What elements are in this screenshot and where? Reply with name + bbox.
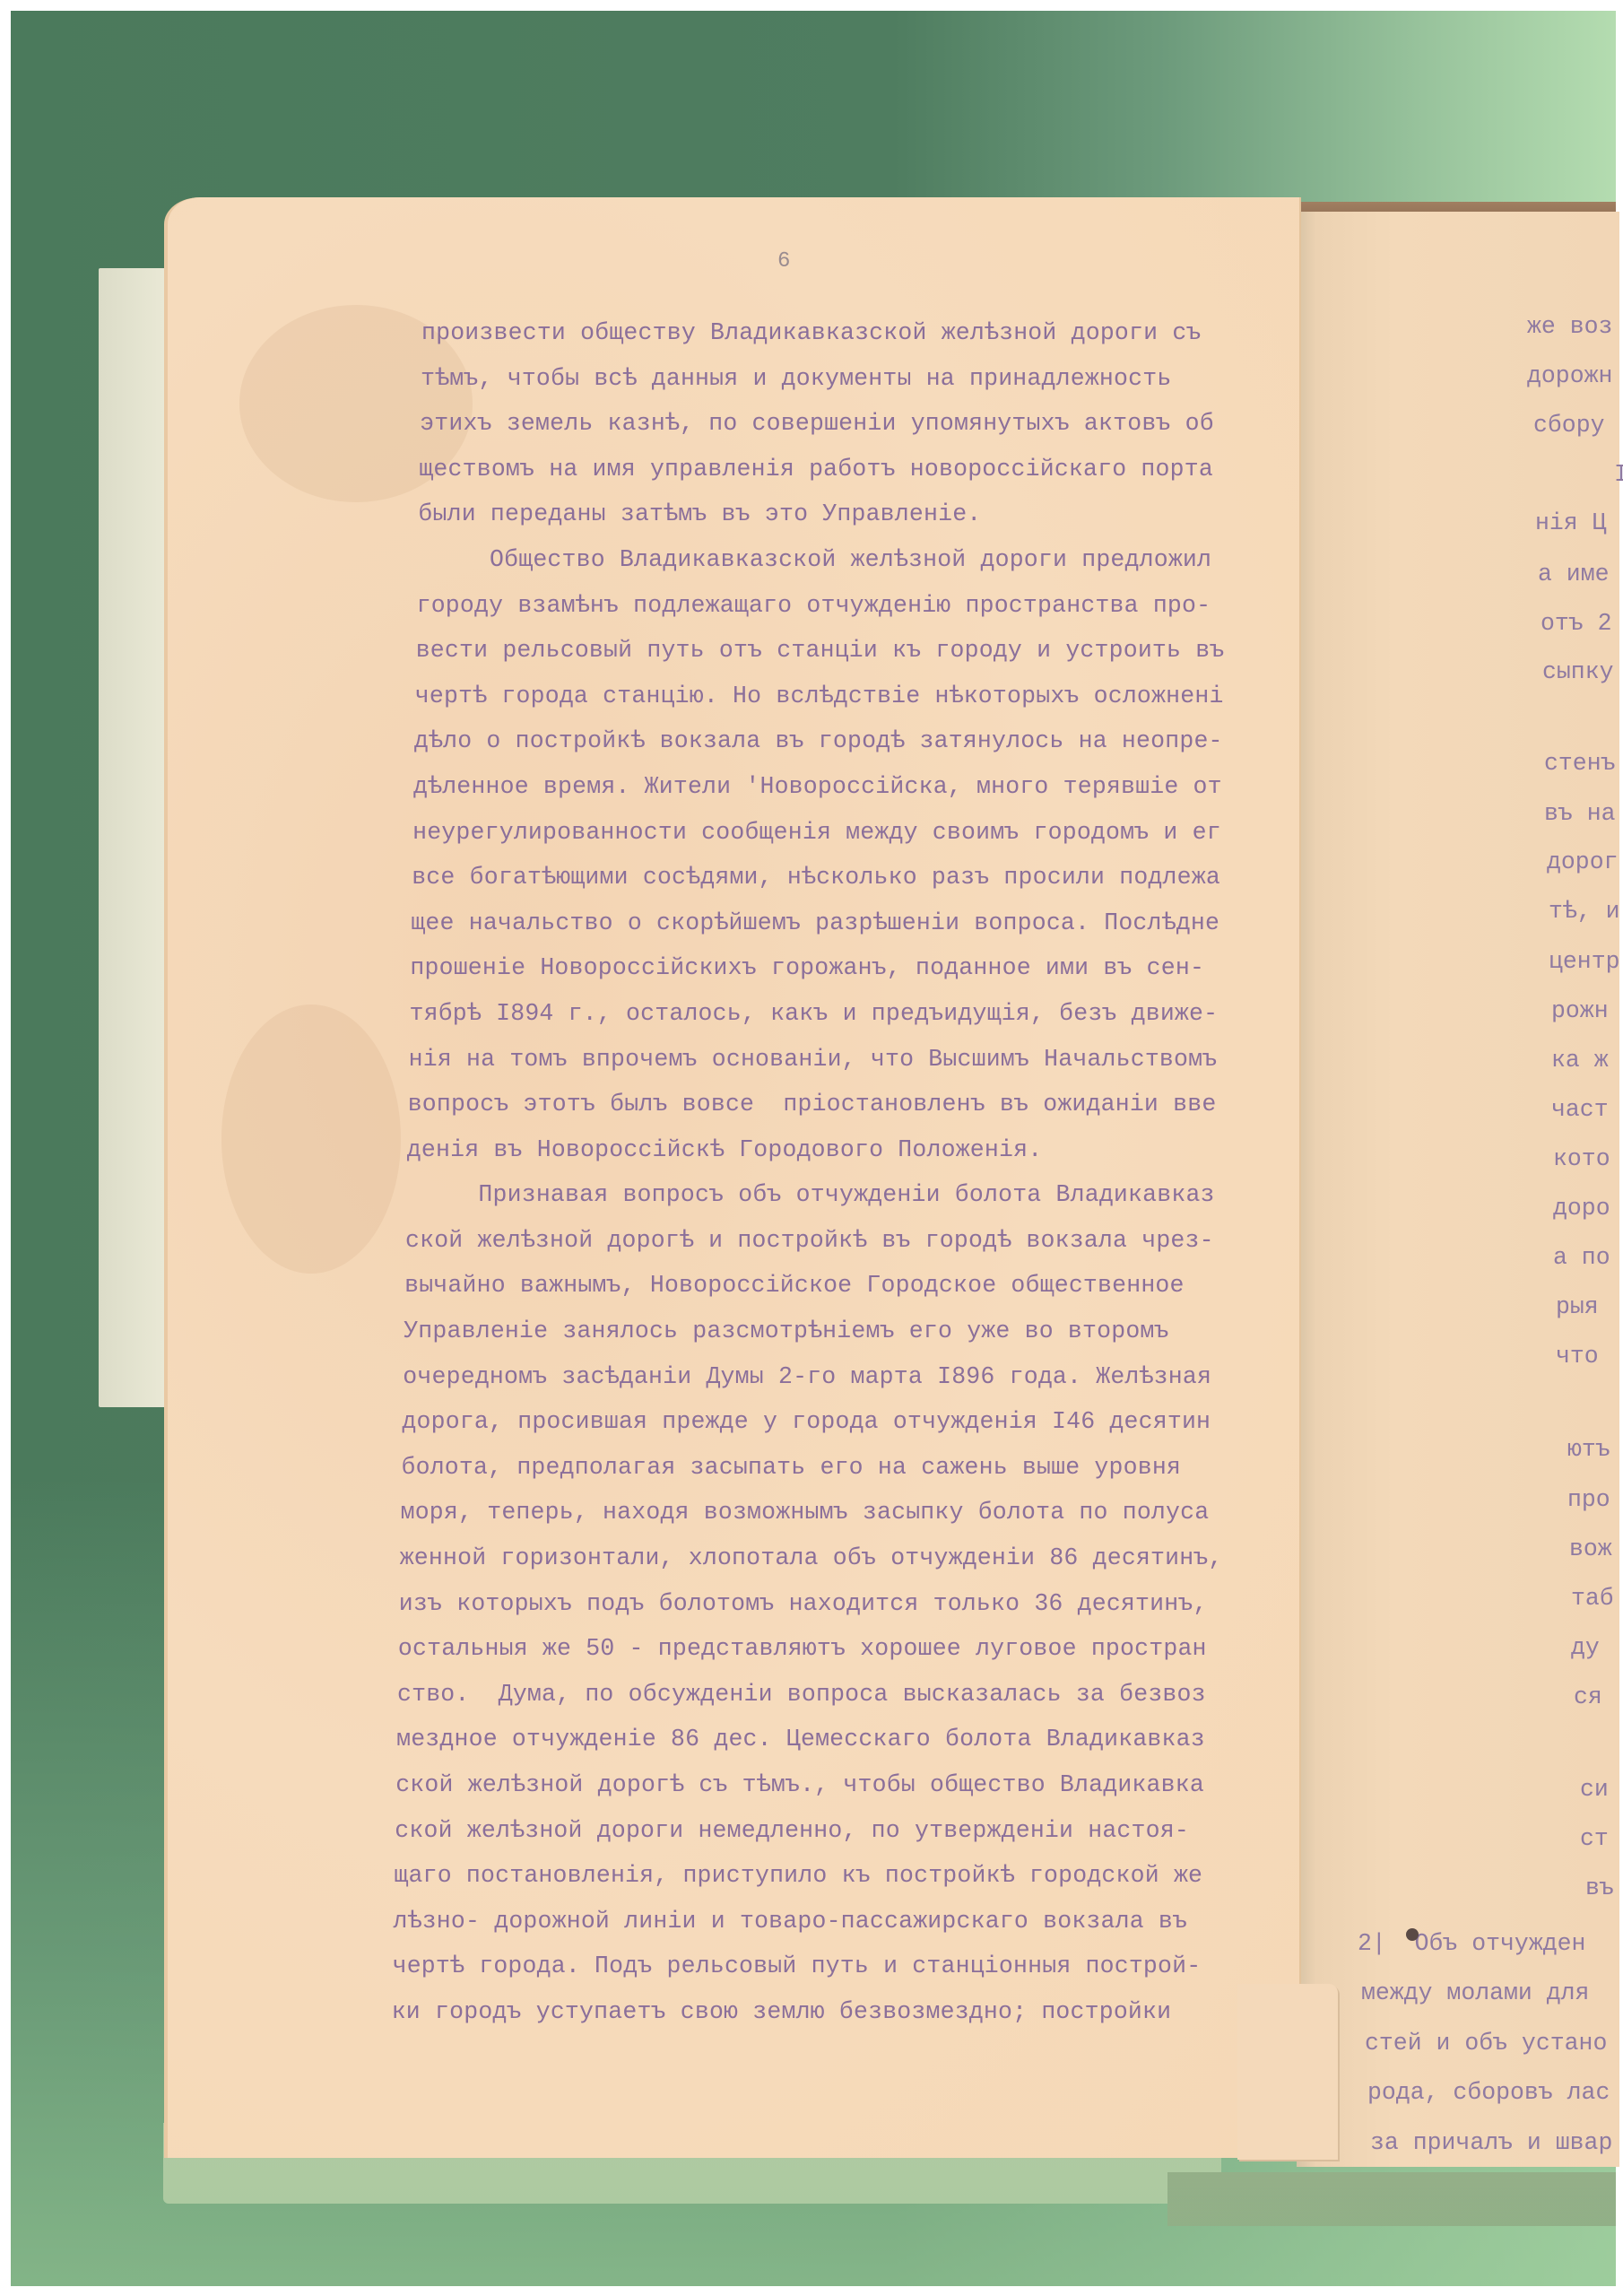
text-line: щее начальство о скорѣйшемъ разрѣшенiи в…	[411, 900, 1307, 946]
text-line: чертѣ города станцiю. Но вслѣдствiе нѣко…	[415, 674, 1312, 719]
text-line: денiя въ Новороссiйскѣ Городового Положе…	[407, 1127, 1304, 1173]
text-line: этихъ земель казнѣ, по совершенiи упомян…	[420, 401, 1316, 447]
text-line: вопросъ этотъ былъ вовсе прiостановленъ …	[408, 1082, 1305, 1127]
text-line: ской желѣзной дорогѣ съ тѣмъ., чтобы общ…	[395, 1762, 1292, 1808]
text-line: вести рельсовый путь отъ станцiи къ горо…	[416, 628, 1313, 674]
text-line: ществомъ на имя управленiя работъ новоро…	[419, 447, 1315, 492]
text-line: тѣмъ, чтобы всѣ данныя и документы на пр…	[421, 356, 1317, 402]
text-line: дѣло о постройкѣ вокзала въ городѣ затян…	[414, 718, 1311, 764]
text-line: были переданы затѣмъ въ это Управленiе.	[418, 491, 1315, 537]
page-number: 6	[777, 249, 790, 274]
text-line: ской желѣзной дорогѣ и постройкѣ въ горо…	[405, 1218, 1302, 1264]
text-line: прошенiе Новороссiйскихъ горожанъ, подан…	[410, 945, 1306, 991]
text-line: женной горизонтали, хлопотала объ отчужд…	[400, 1535, 1297, 1581]
text-line: Управленiе занялось разсмотрѣнiемъ его у…	[404, 1309, 1300, 1354]
text-line: чертѣ города. Подъ рельсовый путь и стан…	[393, 1944, 1289, 1989]
text-line: ки городъ уступаетъ свою землю безвозмез…	[392, 1989, 1289, 2035]
right-page	[1297, 212, 1619, 2167]
text-line: ство. Дума, по обсужденiи вопроса высказ…	[397, 1672, 1294, 1718]
text-line: изъ которыхъ подъ болотомъ находится тол…	[399, 1581, 1296, 1627]
text-line: лѣзно- дорожной линiи и товаро-пассажирс…	[394, 1899, 1290, 1944]
text-line: дорога, просившая прежде у города отчужд…	[402, 1399, 1298, 1445]
binder-board-bottom	[1167, 2172, 1616, 2226]
text-line: остальныя же 50 - представляютъ хорошее …	[398, 1626, 1295, 1672]
text-line: моря, теперь, находя возможнымъ засыпку …	[401, 1490, 1298, 1535]
typewritten-body-text: произвести обществу Владикавказской желѣ…	[421, 310, 1318, 2035]
paper-stain	[221, 1004, 401, 1274]
text-line: неурегулированности сообщенiя между свои…	[412, 810, 1309, 856]
text-line: Общество Владикавказской желѣзной дороги…	[418, 537, 1315, 583]
text-line: очередномъ засѣданiи Думы 2-го марта I89…	[403, 1354, 1299, 1400]
text-line: произвести обществу Владикавказской желѣ…	[421, 310, 1318, 356]
text-line: ской желѣзной дороги немедленно, по утве…	[395, 1808, 1291, 1854]
text-line: дѣленное время. Жители 'Новороссiйска, м…	[413, 764, 1310, 810]
text-line: мездное отчужденiе 86 дес. Цемесскаго бо…	[396, 1717, 1293, 1762]
text-line: вычайно важнымъ, Новороссiйское Городско…	[404, 1263, 1301, 1309]
text-line: все богатѣющими сосѣдями, нѣсколько разъ…	[412, 855, 1308, 900]
text-line: щаго постановленiя, приступило къ постро…	[394, 1853, 1290, 1899]
text-line: нiя на томъ впрочемъ основанiи, что Высш…	[409, 1037, 1306, 1083]
text-line: тябрѣ I894 г., осталось, какъ и предъиду…	[410, 991, 1306, 1037]
text-line: городу взамѣнъ подлежащаго отчужденiю пр…	[417, 583, 1314, 629]
text-line: Признавая вопросъ объ отчужденiи болота …	[406, 1172, 1303, 1218]
text-line: болота, предполагая засыпать его на саже…	[402, 1445, 1298, 1491]
